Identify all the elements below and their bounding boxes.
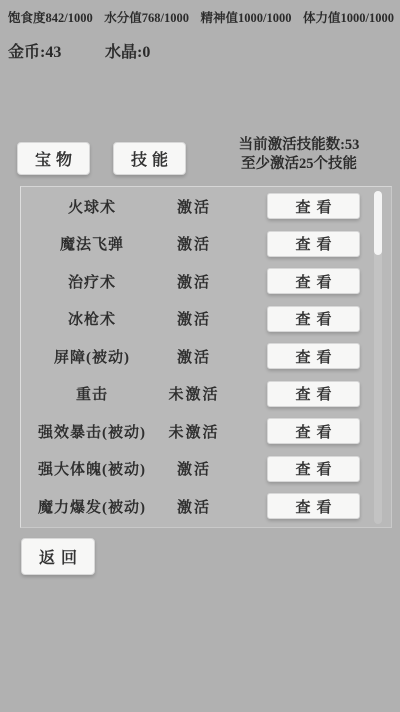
skill-list-panel: 火球术 激活 查看 魔法飞弹 激活 查看 治疗术 激活 查看 冰枪术 激活 查看… bbox=[20, 186, 392, 528]
status-bar: 饱食度842/1000 水分值768/1000 精神值1000/1000 体力值… bbox=[8, 8, 394, 26]
view-skill-button[interactable]: 查看 bbox=[267, 381, 360, 407]
skill-row: 强大体魄(被动) 激活 查看 bbox=[21, 450, 391, 488]
view-skill-button[interactable]: 查看 bbox=[267, 193, 360, 219]
currency-bar: 金币:43 水晶:0 bbox=[8, 39, 150, 62]
skill-row: 魔力爆发(被动) 激活 查看 bbox=[21, 487, 391, 525]
hydration-stat: 水分值768/1000 bbox=[104, 8, 189, 26]
skill-rows: 火球术 激活 查看 魔法飞弹 激活 查看 治疗术 激活 查看 冰枪术 激活 查看… bbox=[21, 187, 391, 525]
view-skill-button[interactable]: 查看 bbox=[267, 268, 360, 294]
view-skill-button[interactable]: 查看 bbox=[267, 231, 360, 257]
satiety-stat: 饱食度842/1000 bbox=[8, 8, 93, 26]
view-skill-button[interactable]: 查看 bbox=[267, 493, 360, 519]
scrollbar-track[interactable] bbox=[374, 191, 382, 524]
scrollbar-thumb[interactable] bbox=[374, 191, 382, 255]
view-skill-button[interactable]: 查看 bbox=[267, 418, 360, 444]
skill-name: 重击 bbox=[21, 383, 163, 404]
skill-status: 未激活 bbox=[163, 383, 225, 404]
skill-row: 魔法飞弹 激活 查看 bbox=[21, 225, 391, 263]
skill-name: 火球术 bbox=[21, 196, 163, 217]
skill-name: 魔力爆发(被动) bbox=[21, 496, 163, 517]
view-skill-button[interactable]: 查看 bbox=[267, 306, 360, 332]
skill-summary-line2: 至少激活25个技能 bbox=[204, 155, 394, 174]
skill-status: 激活 bbox=[163, 458, 225, 479]
tab-skills[interactable]: 技能 bbox=[113, 142, 186, 175]
skill-name: 屏障(被动) bbox=[21, 346, 163, 367]
skill-summary: 当前激活技能数:53 至少激活25个技能 bbox=[204, 136, 394, 174]
skill-row: 重击 未激活 查看 bbox=[21, 375, 391, 413]
skill-status: 激活 bbox=[163, 496, 225, 517]
skill-name: 治疗术 bbox=[21, 271, 163, 292]
spirit-stat: 精神值1000/1000 bbox=[201, 8, 292, 26]
skill-name: 冰枪术 bbox=[21, 308, 163, 329]
skill-status: 激活 bbox=[163, 346, 225, 367]
skill-row: 屏障(被动) 激活 查看 bbox=[21, 337, 391, 375]
skill-row: 冰枪术 激活 查看 bbox=[21, 300, 391, 338]
skill-row: 治疗术 激活 查看 bbox=[21, 262, 391, 300]
gold-stat: 金币:43 bbox=[8, 39, 105, 62]
tab-treasure[interactable]: 宝物 bbox=[17, 142, 90, 175]
back-button[interactable]: 返回 bbox=[21, 538, 95, 575]
skill-row: 火球术 激活 查看 bbox=[21, 187, 391, 225]
skill-status: 激活 bbox=[163, 271, 225, 292]
skill-row: 强效暴击(被动) 未激活 查看 bbox=[21, 412, 391, 450]
skill-name: 魔法飞弹 bbox=[21, 233, 163, 254]
skill-status: 激活 bbox=[163, 308, 225, 329]
view-skill-button[interactable]: 查看 bbox=[267, 456, 360, 482]
skill-summary-line1: 当前激活技能数:53 bbox=[204, 136, 394, 155]
crystal-stat: 水晶:0 bbox=[105, 39, 150, 62]
view-skill-button[interactable]: 查看 bbox=[267, 343, 360, 369]
skill-name: 强大体魄(被动) bbox=[21, 458, 163, 479]
skill-name: 强效暴击(被动) bbox=[21, 421, 163, 442]
stamina-stat: 体力值1000/1000 bbox=[303, 8, 394, 26]
skill-status: 未激活 bbox=[163, 421, 225, 442]
skill-status: 激活 bbox=[163, 196, 225, 217]
skill-status: 激活 bbox=[163, 233, 225, 254]
